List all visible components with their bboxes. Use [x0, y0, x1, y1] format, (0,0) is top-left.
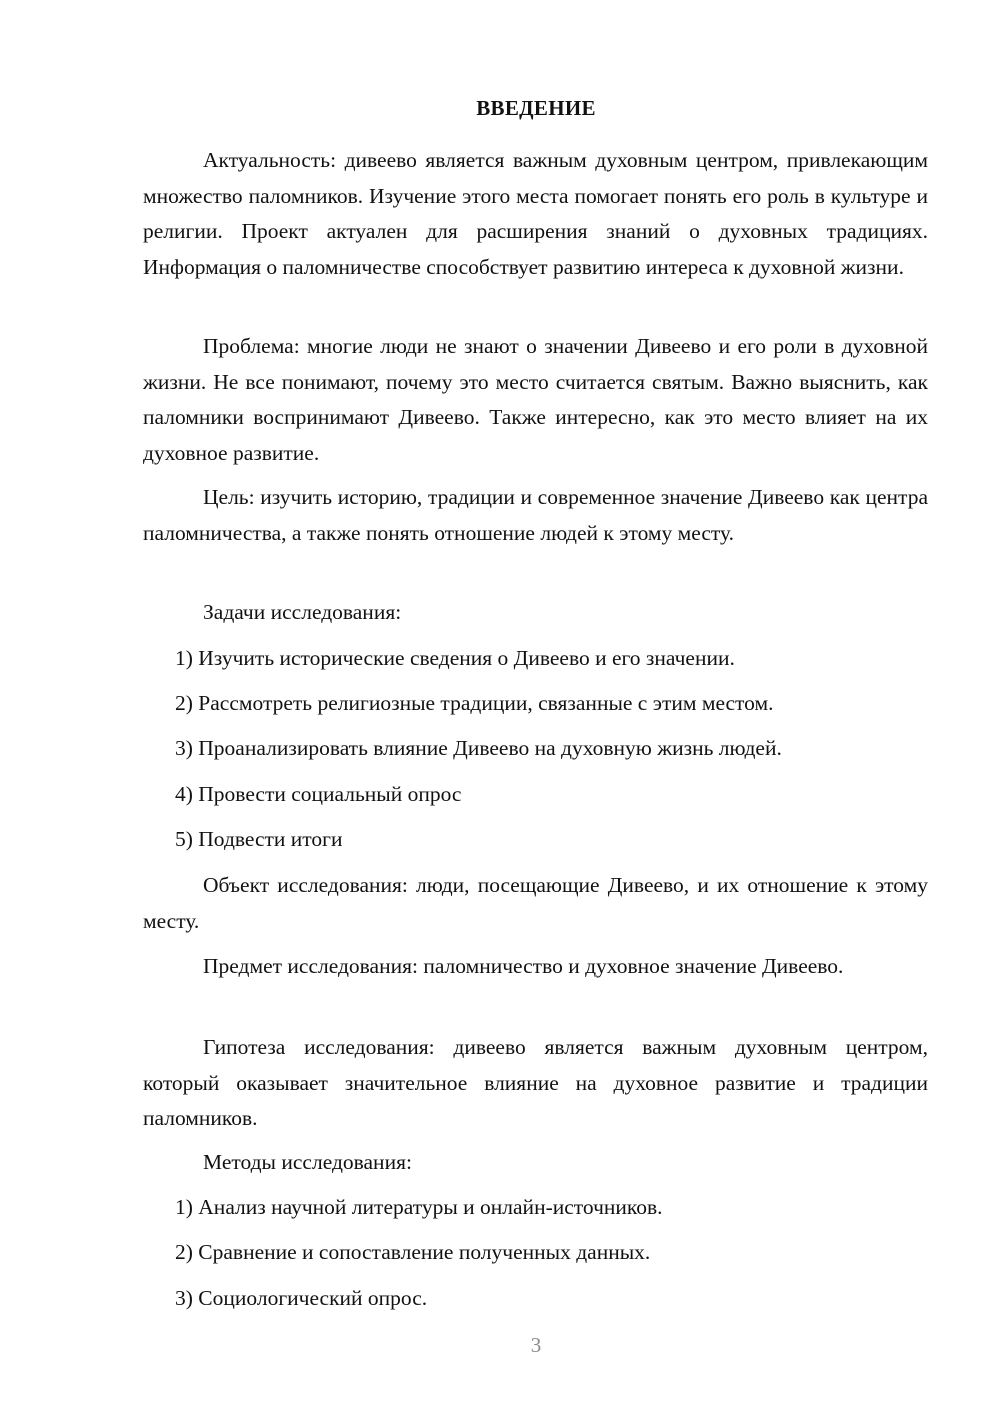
- method-item: 1) Анализ научной литературы и онлайн-ис…: [175, 1190, 935, 1226]
- task-item: 2) Рассмотреть религиозные традиции, свя…: [175, 686, 935, 722]
- paragraph-subject: Предмет исследования: паломничество и ду…: [143, 949, 928, 985]
- page-number: 3: [0, 1333, 1000, 1358]
- paragraph-hypothesis: Гипотеза исследования: дивеево является …: [143, 1030, 928, 1137]
- document-page: ВВЕДЕНИЕ Актуальность: дивеево является …: [0, 0, 1000, 1414]
- task-item: 3) Проанализировать влияние Дивеево на д…: [175, 731, 935, 767]
- section-heading: ВВЕДЕНИЕ: [0, 96, 1000, 121]
- methods-heading: Методы исследования:: [143, 1145, 928, 1181]
- paragraph-goal: Цель: изучить историю, традиции и соврем…: [143, 480, 928, 551]
- paragraph-problem: Проблема: многие люди не знают о значени…: [143, 329, 928, 471]
- tasks-heading: Задачи исследования:: [143, 595, 928, 631]
- method-item: 2) Сравнение и сопоставление полученных …: [175, 1235, 935, 1271]
- task-item: 1) Изучить исторические сведения о Дивее…: [175, 641, 935, 677]
- paragraph-relevance: Актуальность: дивеево является важным ду…: [143, 143, 928, 285]
- task-item: 4) Провести социальный опрос: [175, 777, 935, 813]
- paragraph-object: Объект исследования: люди, посещающие Ди…: [143, 868, 928, 939]
- method-item: 3) Социологический опрос.: [175, 1281, 935, 1317]
- task-item: 5) Подвести итоги: [175, 822, 935, 858]
